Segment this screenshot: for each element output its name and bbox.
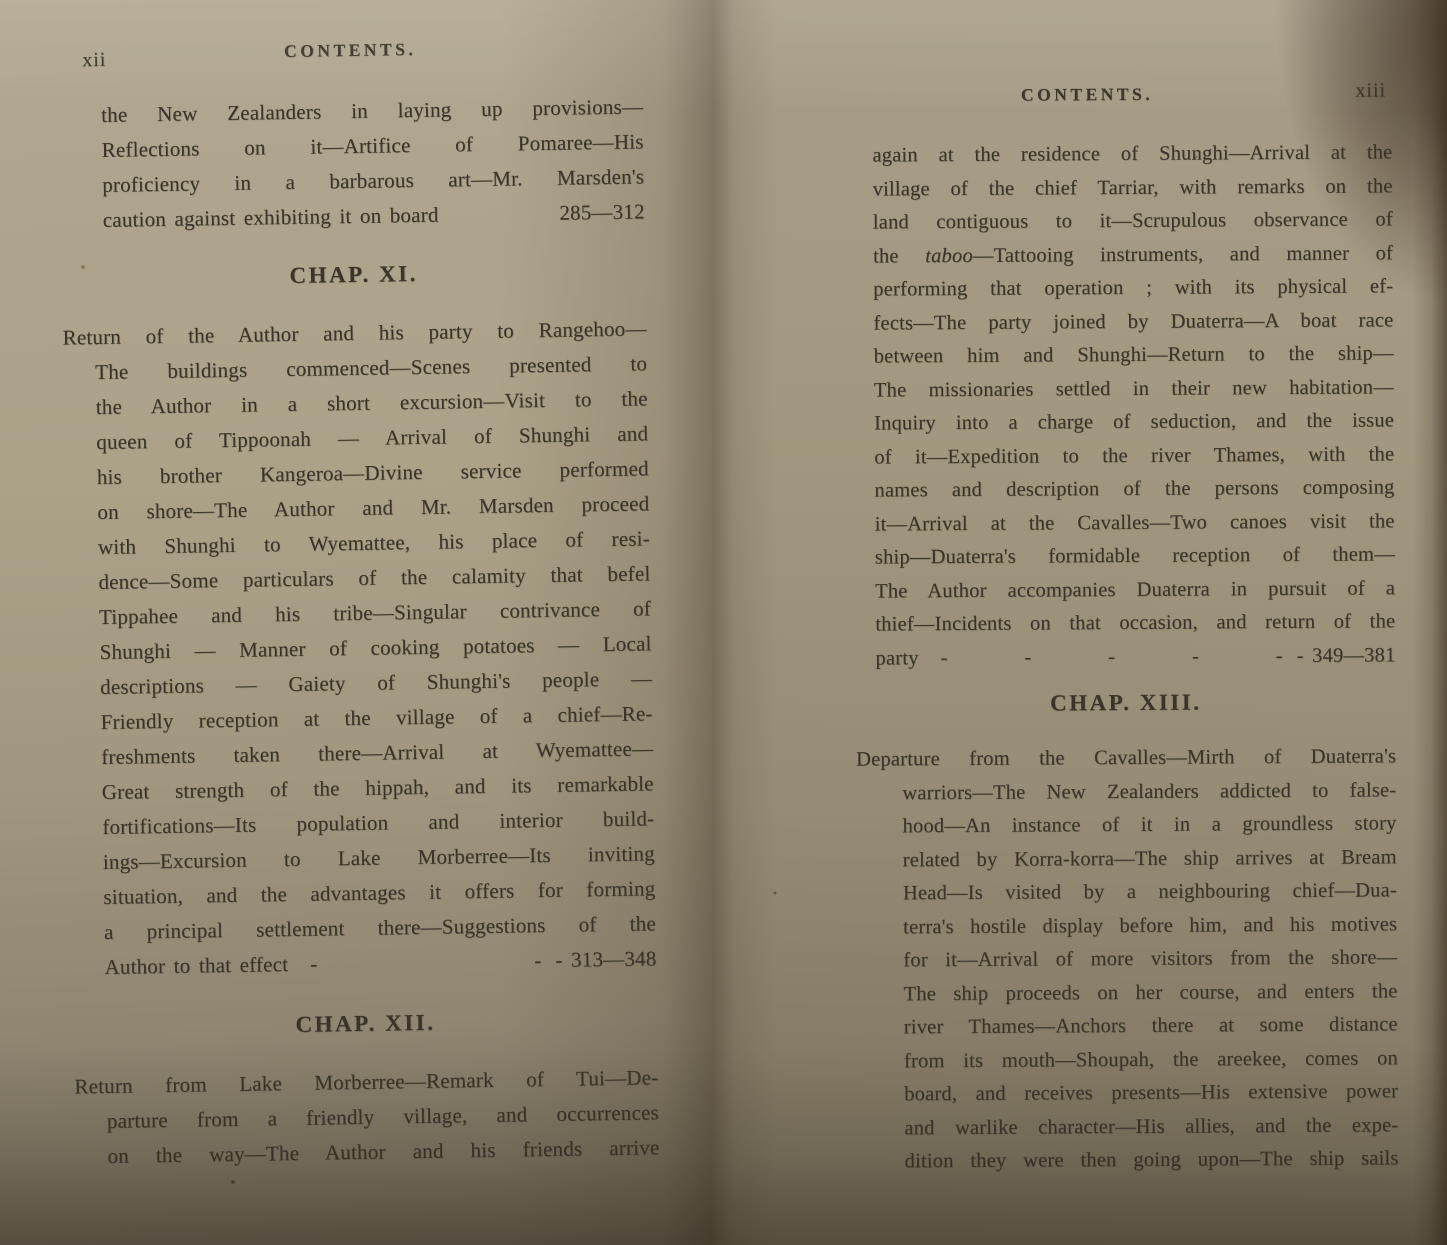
toc-line: The ship proceeds on her course, and ent…	[857, 975, 1397, 1012]
tail-text: caution against exhibiting it on board	[103, 198, 439, 238]
toc-line: board, and receives presents—His extensi…	[858, 1075, 1398, 1112]
toc-line: The Author accompanies Duaterra in pursu…	[855, 572, 1395, 609]
chapter-heading: CHAP. XII.	[73, 1004, 657, 1043]
toc-line: terra's hostile display before him, and …	[857, 908, 1397, 945]
toc-line: thief—Incidents on that occasion, and re…	[855, 605, 1395, 642]
toc-line: again at the residence of Shunghi—Arriva…	[852, 136, 1392, 173]
page-left-body: the New Zealanders in laying up provisio…	[59, 89, 660, 1174]
leader-dashes: - - - - -	[919, 639, 1297, 675]
toc-line: The missionaries settled in their new ha…	[854, 371, 1394, 408]
toc-tail-line: party- - - - -- 349—381	[855, 639, 1395, 676]
toc-line: between him and Shunghi—Return to the sh…	[854, 337, 1394, 374]
toc-line: names and description of the persons com…	[854, 471, 1394, 508]
toc-line: performing that operation ; with its phy…	[853, 270, 1393, 307]
tail-text: Author to that effect	[104, 947, 288, 985]
toc-line: related by Korra-korra—The ship arrives …	[857, 841, 1397, 878]
leader-dashes	[439, 220, 560, 222]
toc-line: village of the chief Tarriar, with remar…	[853, 170, 1393, 207]
toc-line: land contiguous to it—Scrupulous observa…	[853, 203, 1393, 240]
running-head-right: CONTENTS.	[852, 83, 1322, 107]
chapter-heading: CHAP. XI.	[61, 255, 645, 294]
folio-right: xiii	[1355, 79, 1386, 102]
toc-line: ship—Duaterra's formidable reception of …	[855, 538, 1395, 575]
toc-line: Head—Is visited by a neighbouring chief—…	[857, 874, 1397, 911]
toc-line: of it—Expedition to the river Thames, wi…	[854, 438, 1394, 475]
toc-line: it—Arrival at the Cavalles—Two canoes vi…	[855, 505, 1395, 542]
page-left: xii CONTENTS. the New Zealanders in layi…	[58, 35, 660, 1174]
tail-text: party	[875, 642, 918, 676]
toc-line: the taboo—Tattooing instruments, and man…	[853, 237, 1393, 274]
page-range: - 349—381	[1297, 639, 1396, 673]
page-right-body: again at the residence of Shunghi—Arriva…	[852, 136, 1398, 1179]
toc-line: Inquiry into a charge of seduction, and …	[854, 404, 1394, 441]
toc-line: fects—The party joined by Duaterra—A boa…	[853, 304, 1393, 341]
toc-line: river Thames—Anchors there at some dista…	[858, 1008, 1398, 1045]
toc-paragraph: again at the residence of Shunghi—Arriva…	[852, 136, 1395, 675]
leader-dashes: - -	[288, 943, 556, 982]
toc-paragraph: Departure from the Cavalles—Mirth of Dua…	[856, 740, 1399, 1179]
toc-line: from its mouth—Shoupah, the areekee, com…	[858, 1042, 1398, 1079]
page-range: - 313—348	[555, 941, 657, 978]
open-book-photo: xii CONTENTS. the New Zealanders in layi…	[0, 0, 1447, 1245]
toc-line: for it—Arrival of more visitors from the…	[857, 941, 1397, 978]
toc-paragraph: Return from Lake Morberree—Remark of Tui…	[74, 1060, 660, 1174]
toc-line: hood—An instance of it in a groundless s…	[856, 807, 1396, 844]
toc-line: and warlike character—His allies, and th…	[858, 1109, 1398, 1146]
toc-line: dition they were then going upon—The shi…	[858, 1142, 1398, 1179]
toc-paragraph: Return of the Author and his party to Ra…	[62, 311, 656, 985]
toc-line: warriors—The New Zealanders addicted to …	[856, 774, 1396, 811]
page-right-header: CONTENTS. xiii	[852, 82, 1392, 115]
toc-paragraph: the New Zealanders in laying up provisio…	[59, 89, 645, 238]
page-range: 285—312	[559, 194, 645, 230]
chapter-heading: CHAP. XIII.	[856, 686, 1396, 719]
toc-line: Departure from the Cavalles—Mirth of Dua…	[856, 740, 1396, 777]
page-right: CONTENTS. xiii again at the residence of…	[852, 82, 1399, 1179]
